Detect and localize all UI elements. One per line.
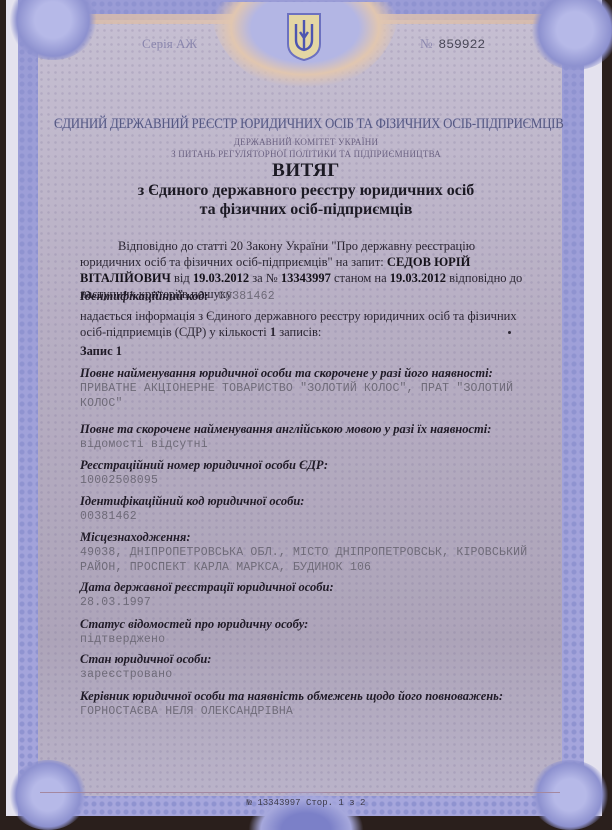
- stray-mark: [508, 331, 511, 334]
- record-field-label: Керівник юридичної особи та наявність об…: [80, 689, 503, 704]
- record-title: Запис 1: [80, 344, 122, 359]
- record-field-value: підтверджено: [80, 632, 550, 647]
- issuer-line-1: ДЕРЖАВНИЙ КОМІТЕТ УКРАЇНИ: [0, 137, 612, 147]
- record-field-value: ГОРНОСТАЄВА НЕЛЯ ОЛЕКСАНДРІВНА: [80, 704, 550, 719]
- registry-title: ЄДИНИЙ ДЕРЖАВНИЙ РЕЄСТР ЮРИДИЧНИХ ОСІБ Т…: [54, 116, 493, 133]
- document-subtitle-1: з Єдиного державного реєстру юридичних о…: [0, 182, 612, 200]
- record-field-label: Повне та скорочене найменування англійсь…: [80, 422, 491, 437]
- trident-coat-of-arms-icon: [284, 12, 324, 62]
- record-field-label: Реєстраційний номер юридичної особи ЄДР:: [80, 458, 328, 473]
- provided-paragraph: надається інформація з Єдиного державног…: [80, 308, 535, 340]
- record-field-value: 00381462: [80, 509, 550, 524]
- record-field-value: відомості відсутні: [80, 437, 550, 452]
- record-field-label: Статус відомостей про юридичну особу:: [80, 617, 308, 632]
- search-criteria-label: Ідентифікаційний код:: [80, 289, 209, 304]
- document-subtitle-2: та фізичних осіб-підприємців: [0, 201, 612, 219]
- record-field-value: 10002508095: [80, 473, 550, 488]
- series-label: Серія АЖ: [142, 36, 197, 52]
- record-field-value: зареєстровано: [80, 667, 550, 682]
- record-field-label: Дата державної реєстрації юридичної особ…: [80, 580, 334, 595]
- as-of-date: 19.03.2012: [390, 271, 446, 285]
- search-criteria-value: 00381462: [218, 290, 275, 303]
- record-field-value: 28.03.1997: [80, 595, 550, 610]
- record-field-value: ПРИВАТНЕ АКЦІОНЕРНЕ ТОВАРИСТВО "ЗОЛОТИЙ …: [80, 381, 550, 411]
- intro-from: від: [171, 271, 193, 285]
- intro-number-word: за №: [249, 271, 281, 285]
- record-field-label: Стан юридичної особи:: [80, 652, 211, 667]
- page-footer: № 13343997 Стор. 1 з 2: [0, 798, 612, 808]
- record-field-value: 49038, ДНІПРОПЕТРОВСЬКА ОБЛ., МІСТО ДНІП…: [80, 545, 550, 575]
- record-field-label: Ідентифікаційний код юридичної особи:: [80, 494, 304, 509]
- record-field-label: Місцезнаходження:: [80, 530, 191, 545]
- form-number: №859922: [420, 36, 485, 52]
- request-number: 13343997: [281, 271, 331, 285]
- number-sign: №: [420, 36, 432, 51]
- form-number-value: 859922: [438, 37, 485, 52]
- provided-text-after: записів:: [276, 325, 321, 339]
- request-date: 19.03.2012: [193, 271, 249, 285]
- record-field-label: Повне найменування юридичної особи та ск…: [80, 366, 493, 381]
- document-title: ВИТЯГ: [0, 160, 612, 182]
- intro-as-of: станом на: [331, 271, 390, 285]
- issuer-line-2: З ПИТАНЬ РЕГУЛЯТОРНОЇ ПОЛІТИКИ ТА ПІДПРИ…: [0, 149, 612, 159]
